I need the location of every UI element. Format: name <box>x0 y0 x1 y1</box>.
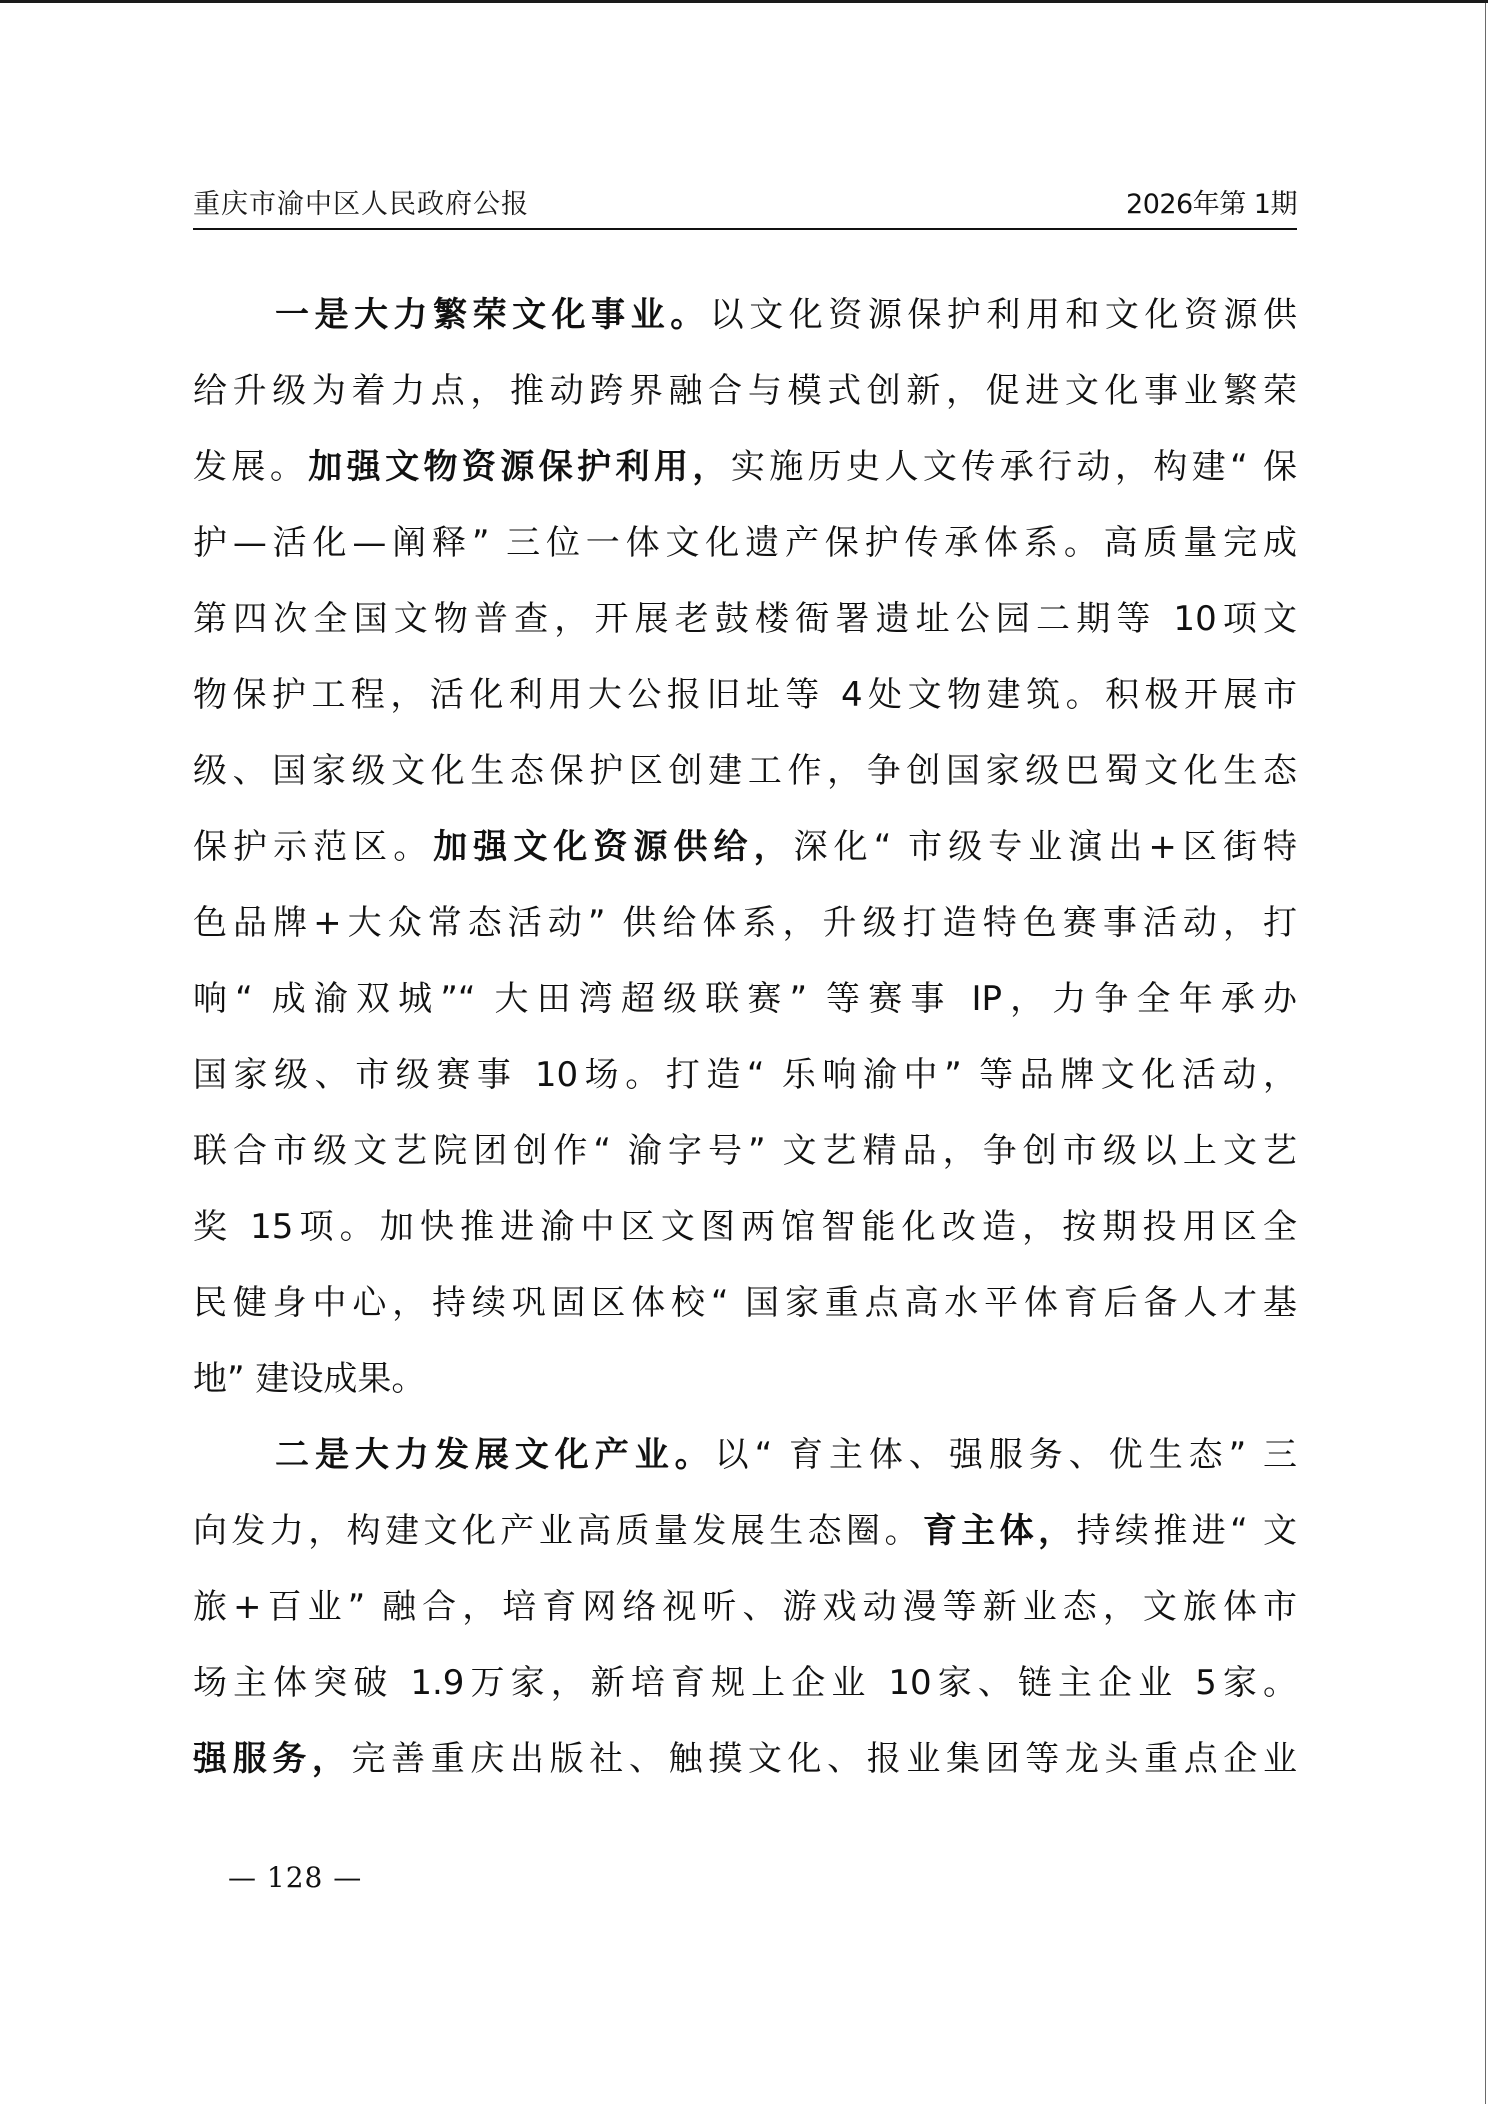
text-run: 旅+百业” 融合，培育网络视听、游戏动漫等新业态，文旅体市 <box>193 1587 1297 1627</box>
bold-lead-phrase: 育主体， <box>923 1511 1077 1551</box>
text-run: 实施历史人文传承行动，构建“ 保 <box>731 447 1297 487</box>
text-run: 响“ 成渝双城”“ 大田湾超级联赛” 等赛事 IP，力争全年承办 <box>193 979 1297 1019</box>
running-header: 重庆市渝中区人民政府公报 2026年第 1期 <box>193 181 1297 225</box>
text-line: 民健身中心，持续巩固区体校“ 国家重点高水平体育后备人才基 <box>193 1265 1297 1341</box>
text-run: 民健身中心，持续巩固区体校“ 国家重点高水平体育后备人才基 <box>193 1283 1297 1323</box>
text-line: 一是大力繁荣文化事业。以文化资源保护利用和文化资源供 <box>193 277 1297 353</box>
text-line: 物保护工程，活化利用大公报旧址等 4处文物建筑。积极开展市 <box>193 657 1297 733</box>
bold-lead-phrase: 二是大力发展文化产业。 <box>275 1435 715 1475</box>
document-page: 重庆市渝中区人民政府公报 2026年第 1期 一是大力繁荣文化事业。以文化资源保… <box>0 0 1488 2104</box>
text-line: 色品牌+大众常态活动” 供给体系，升级打造特色赛事活动，打 <box>193 885 1297 961</box>
page-edge <box>1485 3 1486 2104</box>
text-run: 发展。 <box>193 447 308 487</box>
issue-label: 2026年第 1期 <box>1126 185 1297 225</box>
bold-lead-phrase: 加强文化资源供给， <box>433 827 793 867</box>
text-line: 向发力，构建文化产业高质量发展生态圈。育主体，持续推进“ 文 <box>193 1493 1297 1569</box>
text-line: 响“ 成渝双城”“ 大田湾超级联赛” 等赛事 IP，力争全年承办 <box>193 961 1297 1037</box>
text-line: 奖 15项。加快推进渝中区文图两馆智能化改造，按期投用区全 <box>193 1189 1297 1265</box>
text-run: 级、国家级文化生态保护区创建工作，争创国家级巴蜀文化生态 <box>193 751 1297 791</box>
text-line: 保护示范区。加强文化资源供给，深化“ 市级专业演出+区街特 <box>193 809 1297 885</box>
text-line: 强服务，完善重庆出版社、触摸文化、报业集团等龙头重点企业 <box>193 1721 1297 1797</box>
text-run: 护—活化—阐释” 三位一体文化遗产保护传承体系。高质量完成 <box>193 523 1297 563</box>
text-line: 国家级、市级赛事 10场。打造“ 乐响渝中” 等品牌文化活动， <box>193 1037 1297 1113</box>
text-run: 地” 建设成果。 <box>193 1359 425 1399</box>
text-run: 保护示范区。 <box>193 827 433 867</box>
text-run: 色品牌+大众常态活动” 供给体系，升级打造特色赛事活动，打 <box>193 903 1297 943</box>
text-run: 持续推进“ 文 <box>1077 1511 1298 1551</box>
text-line: 二是大力发展文化产业。以“ 育主体、强服务、优生态” 三 <box>193 1417 1297 1493</box>
body-text: 一是大力繁荣文化事业。以文化资源保护利用和文化资源供给升级为着力点，推动跨界融合… <box>193 277 1297 1797</box>
text-line: 场主体突破 1.9万家，新培育规上企业 10家、链主企业 5家。 <box>193 1645 1297 1721</box>
bold-lead-phrase: 加强文物资源保护利用， <box>308 447 731 487</box>
text-run: 给升级为着力点，推动跨界融合与模式创新，促进文化事业繁荣 <box>193 371 1297 411</box>
text-run: 以“ 育主体、强服务、优生态” 三 <box>715 1435 1297 1475</box>
text-run: 场主体突破 1.9万家，新培育规上企业 10家、链主企业 5家。 <box>193 1663 1297 1703</box>
publication-title: 重庆市渝中区人民政府公报 <box>193 185 529 225</box>
text-line: 级、国家级文化生态保护区创建工作，争创国家级巴蜀文化生态 <box>193 733 1297 809</box>
text-run: 奖 15项。加快推进渝中区文图两馆智能化改造，按期投用区全 <box>193 1207 1297 1247</box>
text-run: 联合市级文艺院团创作“ 渝字号” 文艺精品，争创市级以上文艺 <box>193 1131 1297 1171</box>
text-line: 地” 建设成果。 <box>193 1341 1297 1417</box>
text-run: 物保护工程，活化利用大公报旧址等 4处文物建筑。积极开展市 <box>193 675 1297 715</box>
text-line: 发展。加强文物资源保护利用，实施历史人文传承行动，构建“ 保 <box>193 429 1297 505</box>
page-number: — 128 — <box>228 1861 362 1894</box>
paragraph: 一是大力繁荣文化事业。以文化资源保护利用和文化资源供给升级为着力点，推动跨界融合… <box>193 277 1297 1417</box>
text-line: 护—活化—阐释” 三位一体文化遗产保护传承体系。高质量完成 <box>193 505 1297 581</box>
bold-lead-phrase: 一是大力繁荣文化事业。 <box>275 295 710 335</box>
text-run: 深化“ 市级专业演出+区街特 <box>794 827 1297 867</box>
text-run: 向发力，构建文化产业高质量发展生态圈。 <box>193 1511 923 1551</box>
header-rule <box>193 228 1297 230</box>
paragraph: 二是大力发展文化产业。以“ 育主体、强服务、优生态” 三向发力，构建文化产业高质… <box>193 1417 1297 1797</box>
text-run: 国家级、市级赛事 10场。打造“ 乐响渝中” 等品牌文化活动， <box>193 1055 1297 1095</box>
text-run: 第四次全国文物普查，开展老鼓楼衙署遗址公园二期等 10项文 <box>193 599 1297 639</box>
text-line: 第四次全国文物普查，开展老鼓楼衙署遗址公园二期等 10项文 <box>193 581 1297 657</box>
bold-lead-phrase: 强服务， <box>193 1739 352 1779</box>
text-run: 以文化资源保护利用和文化资源供 <box>710 295 1297 335</box>
text-line: 给升级为着力点，推动跨界融合与模式创新，促进文化事业繁荣 <box>193 353 1297 429</box>
text-line: 联合市级文艺院团创作“ 渝字号” 文艺精品，争创市级以上文艺 <box>193 1113 1297 1189</box>
text-line: 旅+百业” 融合，培育网络视听、游戏动漫等新业态，文旅体市 <box>193 1569 1297 1645</box>
text-run: 完善重庆出版社、触摸文化、报业集团等龙头重点企业 <box>352 1739 1297 1779</box>
